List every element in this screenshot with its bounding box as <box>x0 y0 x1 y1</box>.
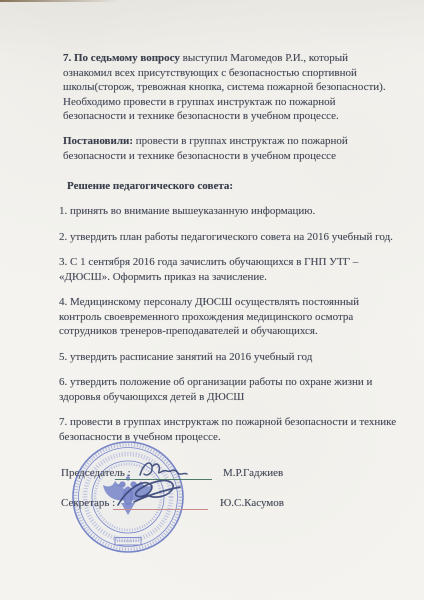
resolution-paragraph: Постановили: провести в группах инструкт… <box>63 134 398 163</box>
chairman-name: М.Р.Гаджиев <box>223 466 283 481</box>
decision-item-6: 6. утвердить положение об организации ра… <box>59 375 404 404</box>
resolution-lead: Постановили: <box>63 135 133 147</box>
secretary-name: Ю.С.Касумов <box>220 496 284 511</box>
signature-row-chairman: Председатель : М.Р.Гаджиев <box>0 466 424 482</box>
secretary-signature-line <box>113 509 208 510</box>
paragraph-7-lead: 7. По седьмому вопросу <box>63 52 180 64</box>
decision-heading: Решение педагогического совета: <box>67 179 397 194</box>
decision-item-2: 2. утвердить план работы педагогического… <box>59 230 404 245</box>
decision-item-5: 5. утвердить расписание занятий на 2016 … <box>59 350 404 365</box>
decision-item-1: 1. принять во внимание вышеуказанную инф… <box>59 204 404 219</box>
decision-list: 1. принять во внимание вышеуказанную инф… <box>59 204 404 455</box>
secretary-label: Секретарь : <box>61 496 115 511</box>
decision-item-3: 3. С 1 сентября 2016 года зачислить обуч… <box>59 255 404 284</box>
scan-edge-artifact <box>0 0 118 2</box>
paragraph-item-7: 7. По седьмому вопросу выступил Магомедо… <box>63 51 398 124</box>
decision-item-4: 4. Медицинскому персоналу ДЮСШ осуществл… <box>59 295 404 339</box>
scanned-document-page: 7. По седьмому вопросу выступил Магомедо… <box>0 0 424 600</box>
signature-row-secretary: Секретарь : Ю.С.Касумов <box>0 496 424 512</box>
chairman-signature-line <box>115 479 212 480</box>
